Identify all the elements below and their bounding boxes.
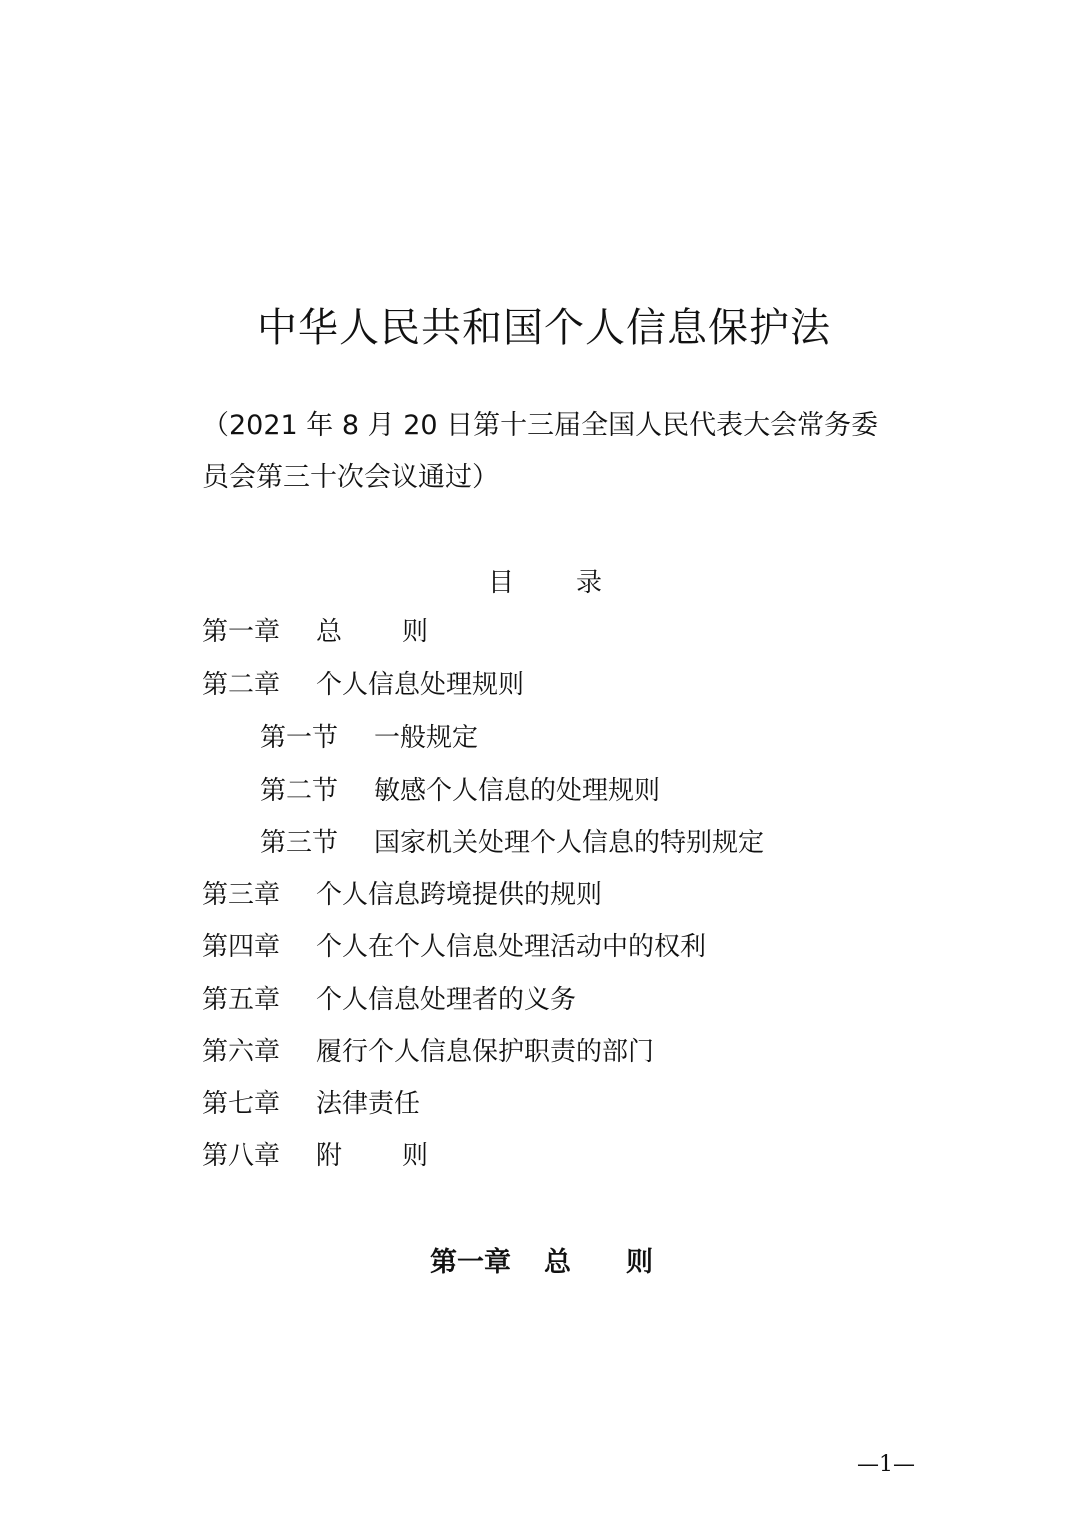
toc-heading-part1: 目 (488, 562, 514, 599)
chapter-heading-title-part1: 总 (544, 1240, 626, 1279)
toc-entry-chapter-4: 第四章个人在个人信息处理活动中的权利 (202, 927, 706, 967)
toc-entry-title-part1: 附 (316, 1136, 402, 1176)
toc-entry-title: 一般规定 (374, 723, 478, 753)
adoption-note-line-2: 员会第三十次会议通过） (202, 452, 902, 504)
toc-entry-chapter-8: 第八章附则 (202, 1136, 428, 1176)
toc-entry-number: 第三节 (260, 823, 374, 863)
adoption-note-line-1: （2021 年 8 月 20 日第十三届全国人民代表大会常务委 (202, 400, 902, 452)
toc-entry-section-3: 第三节国家机关处理个人信息的特别规定 (260, 823, 764, 863)
toc-entry-title: 敏感个人信息的处理规则 (374, 776, 660, 806)
toc-entry-chapter-7: 第七章法律责任 (202, 1084, 420, 1124)
toc-entry-title: 个人在个人信息处理活动中的权利 (316, 932, 706, 962)
toc-entry-chapter-5: 第五章个人信息处理者的义务 (202, 980, 576, 1020)
toc-entry-section-1: 第一节一般规定 (260, 718, 478, 758)
toc-entry-chapter-2: 第二章个人信息处理规则 (202, 665, 524, 705)
toc-heading: 目录 (488, 562, 602, 599)
toc-entry-number: 第四章 (202, 927, 316, 967)
document-page: 中华人民共和国个人信息保护法 （2021 年 8 月 20 日第十三届全国人民代… (0, 0, 1074, 1520)
chapter-1-heading: 第一章总则 (430, 1240, 653, 1279)
toc-entry-title-part2: 则 (402, 1141, 428, 1171)
toc-entry-title: 国家机关处理个人信息的特别规定 (374, 828, 764, 858)
toc-entry-title: 个人信息跨境提供的规则 (316, 880, 602, 910)
toc-entry-title-part1: 总 (316, 612, 402, 652)
toc-entry-number: 第八章 (202, 1136, 316, 1176)
toc-entry-title: 履行个人信息保护职责的部门 (316, 1037, 654, 1067)
toc-entry-section-2: 第二节敏感个人信息的处理规则 (260, 771, 660, 811)
chapter-heading-title-part2: 则 (626, 1247, 653, 1278)
toc-entry-chapter-1: 第一章总则 (202, 612, 428, 652)
toc-entry-title: 法律责任 (316, 1089, 420, 1119)
toc-entry-title-part2: 则 (402, 617, 428, 647)
toc-entry-title: 个人信息处理者的义务 (316, 985, 576, 1015)
toc-entry-number: 第一节 (260, 718, 374, 758)
toc-entry-chapter-6: 第六章履行个人信息保护职责的部门 (202, 1032, 654, 1072)
document-title: 中华人民共和国个人信息保护法 (0, 296, 1074, 353)
toc-entry-chapter-3: 第三章个人信息跨境提供的规则 (202, 875, 602, 915)
toc-entry-number: 第六章 (202, 1032, 316, 1072)
page-number: —1— (857, 1452, 915, 1477)
toc-entry-number: 第一章 (202, 612, 316, 652)
toc-entry-number: 第二章 (202, 665, 316, 705)
toc-entry-number: 第五章 (202, 980, 316, 1020)
toc-entry-number: 第三章 (202, 875, 316, 915)
toc-entry-number: 第二节 (260, 771, 374, 811)
chapter-heading-number: 第一章 (430, 1240, 544, 1279)
toc-entry-number: 第七章 (202, 1084, 316, 1124)
toc-entry-title: 个人信息处理规则 (316, 670, 524, 700)
toc-heading-part2: 录 (576, 562, 602, 599)
